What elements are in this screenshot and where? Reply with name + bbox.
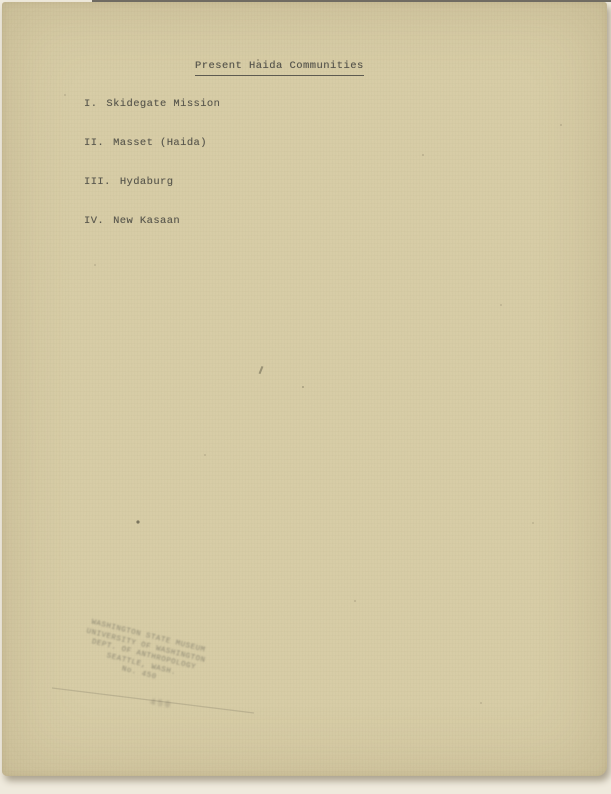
list-item-numeral: I. bbox=[84, 99, 97, 110]
list-item-label: Masset (Haida) bbox=[113, 138, 207, 149]
document-title: Present Haida Communities bbox=[195, 60, 364, 76]
list-item: I. Skidegate Mission bbox=[84, 99, 220, 110]
list-item: II. Masset (Haida) bbox=[84, 138, 220, 149]
list-item-numeral: II. bbox=[84, 138, 104, 149]
list-item-numeral: III. bbox=[84, 177, 111, 188]
list-item: III. Hydaburg bbox=[84, 177, 220, 188]
list-item-label: Hydaburg bbox=[120, 177, 174, 188]
paper-specks bbox=[2, 2, 4, 4]
scanned-page-frame: Present Haida Communities I. Skidegate M… bbox=[0, 0, 611, 794]
paper-sheet: Present Haida Communities I. Skidegate M… bbox=[2, 2, 607, 776]
stray-slash-mark bbox=[259, 366, 263, 374]
list-item-label: Skidegate Mission bbox=[106, 99, 220, 110]
list-item-numeral: IV. bbox=[84, 216, 104, 227]
list-item: IV. New Kasaan bbox=[84, 216, 220, 227]
list-item-label: New Kasaan bbox=[113, 216, 180, 227]
scan-top-edge bbox=[92, 0, 611, 2]
community-list: I. Skidegate Mission II. Masset (Haida) … bbox=[84, 99, 220, 227]
